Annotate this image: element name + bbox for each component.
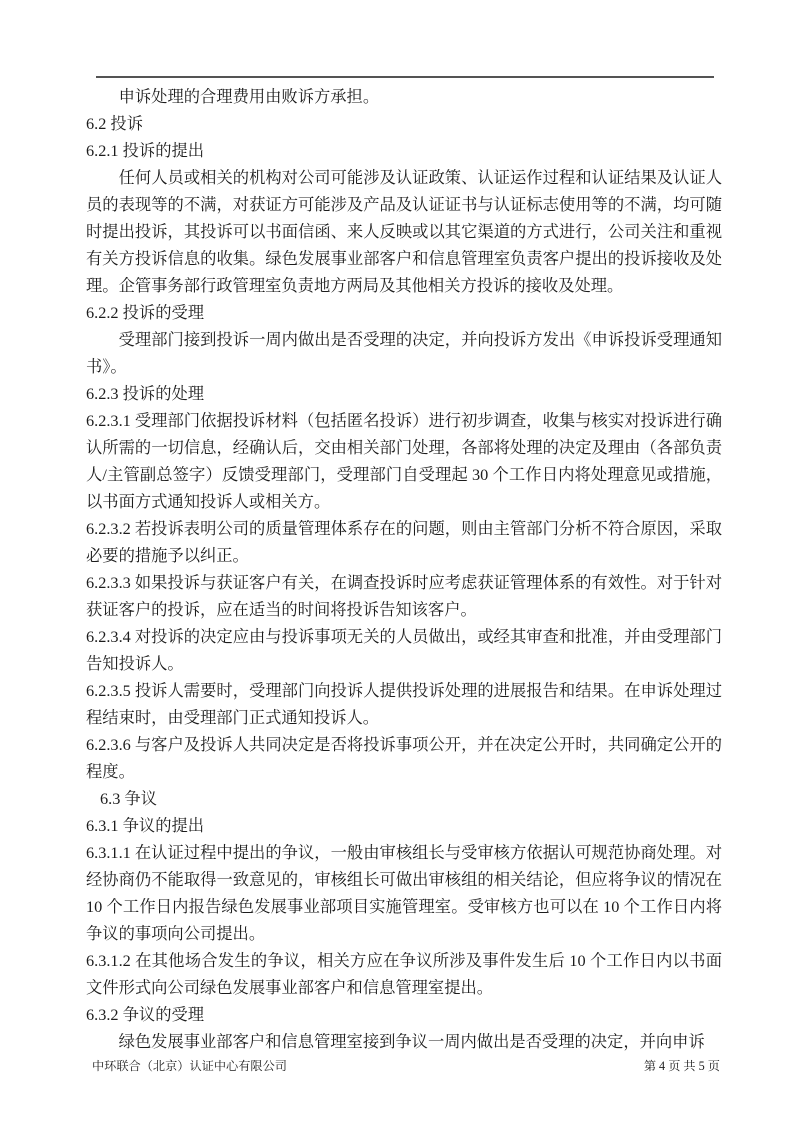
footer: 中环联合（北京）认证中心有限公司 第 4 页 共 5 页 xyxy=(92,1058,720,1074)
paragraph: 6.2.3.4 对投诉的决定应由与投诉事项无关的人员做出，或经其审查和批准，并由… xyxy=(86,623,722,677)
footer-page-number: 第 4 页 共 5 页 xyxy=(644,1058,720,1074)
paragraph: 申诉处理的合理费用由败诉方承担。 xyxy=(86,83,722,110)
paragraph: 6.2.1 投诉的提出 xyxy=(86,137,722,164)
paragraph: 任何人员或相关的机构对公司可能涉及认证政策、认证运作过程和认证结果及认证人员的表… xyxy=(86,164,722,299)
paragraph: 6.2.3.5 投诉人需要时，受理部门向投诉人提供投诉处理的进展报告和结果。在申… xyxy=(86,677,722,731)
document-page: { "page": { "background_color": "#ffffff… xyxy=(0,0,808,1142)
paragraph: 6.3.2 争议的受理 xyxy=(86,1001,722,1028)
header-rule xyxy=(96,76,714,78)
paragraph: 6.3 争议 xyxy=(86,785,722,812)
paragraph: 6.2.3.1 受理部门依据投诉材料（包括匿名投诉）进行初步调查，收集与核实对投… xyxy=(86,407,722,515)
paragraph: 6.2.3.6 与客户及投诉人共同决定是否将投诉事项公开，并在决定公开时，共同确… xyxy=(86,731,722,785)
paragraph: 6.2.2 投诉的受理 xyxy=(86,299,722,326)
paragraph: 6.3.1.2 在其他场合发生的争议，相关方应在争议所涉及事件发生后 10 个工… xyxy=(86,947,722,1001)
paragraph: 6.2.3 投诉的处理 xyxy=(86,380,722,407)
document-body: 申诉处理的合理费用由败诉方承担。6.2 投诉6.2.1 投诉的提出任何人员或相关… xyxy=(86,83,722,1055)
paragraph: 6.3.1 争议的提出 xyxy=(86,812,722,839)
footer-company: 中环联合（北京）认证中心有限公司 xyxy=(92,1058,287,1074)
paragraph: 6.2.3.2 若投诉表明公司的质量管理体系存在的问题，则由主管部门分析不符合原… xyxy=(86,515,722,569)
paragraph: 6.2 投诉 xyxy=(86,110,722,137)
paragraph: 受理部门接到投诉一周内做出是否受理的决定，并向投诉方发出《申诉投诉受理通知书》。 xyxy=(86,326,722,380)
paragraph: 6.2.3.3 如果投诉与获证客户有关，在调查投诉时应考虑获证管理体系的有效性。… xyxy=(86,569,722,623)
paragraph: 6.3.1.1 在认证过程中提出的争议，一般由审核组长与受审核方依据认可规范协商… xyxy=(86,839,722,947)
paragraph: 绿色发展事业部客户和信息管理室接到争议一周内做出是否受理的决定，并向申诉 xyxy=(86,1028,722,1055)
